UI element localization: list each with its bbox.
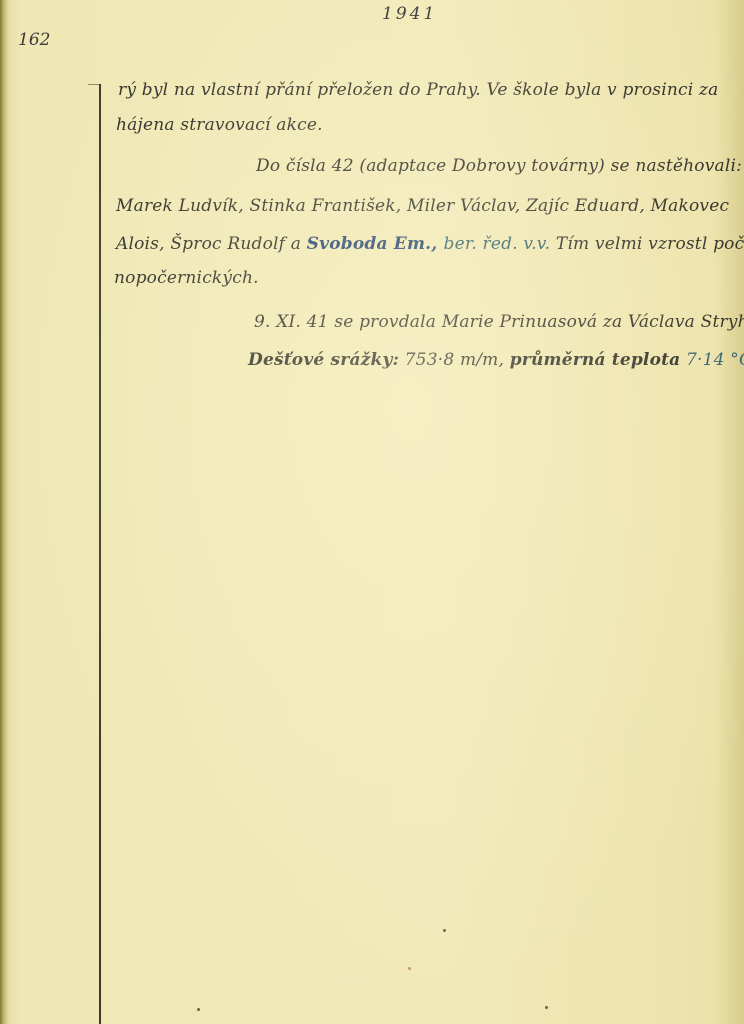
text-line-5-part-1: Alois, Šproc Rudolf a xyxy=(116,234,307,254)
text-line-3: Do čísla 42 (adaptace Dobrovy továrny) s… xyxy=(256,156,742,176)
rainfall-value: 753·8 m/m, xyxy=(399,350,510,370)
paper-speck xyxy=(443,929,446,932)
text-line-8-weather: Dešťové srážky: 753·8 m/m, průměrná tepl… xyxy=(248,350,744,370)
paper-speck xyxy=(197,1008,200,1011)
paper-stain xyxy=(408,967,411,970)
year-heading: 1941 xyxy=(382,4,437,24)
manuscript-page: 1941 162 rý byl na vlastní přání přelože… xyxy=(0,0,744,1024)
temperature-label: průměrná teplota xyxy=(510,350,681,370)
text-line-7-marriage: 9. XI. 41 se provdala Marie Prinuasová z… xyxy=(254,312,744,332)
text-line-5-part-4: Tím velmi vzrostl počet dol xyxy=(550,234,744,254)
text-line-4: Marek Ludvík, Stinka František, Miler Vá… xyxy=(116,196,729,216)
page-number: 162 xyxy=(18,30,50,50)
text-line-6: nopočernických. xyxy=(114,268,259,288)
text-line-5: Alois, Šproc Rudolf a Svoboda Em., ber. … xyxy=(116,234,744,254)
rainfall-label: Dešťové srážky: xyxy=(248,350,399,370)
text-line-5-title: ber. řed. v.v. xyxy=(444,234,551,254)
margin-rule-line xyxy=(99,84,101,1024)
text-line-1: rý byl na vlastní přání přeložen do Prah… xyxy=(118,80,718,100)
temperature-value: 7·14 °C. xyxy=(680,350,744,370)
text-line-2: hájena stravovací akce. xyxy=(116,115,323,135)
text-line-5-name-svoboda: Svoboda Em., xyxy=(307,234,444,254)
paper-speck xyxy=(545,1006,548,1009)
